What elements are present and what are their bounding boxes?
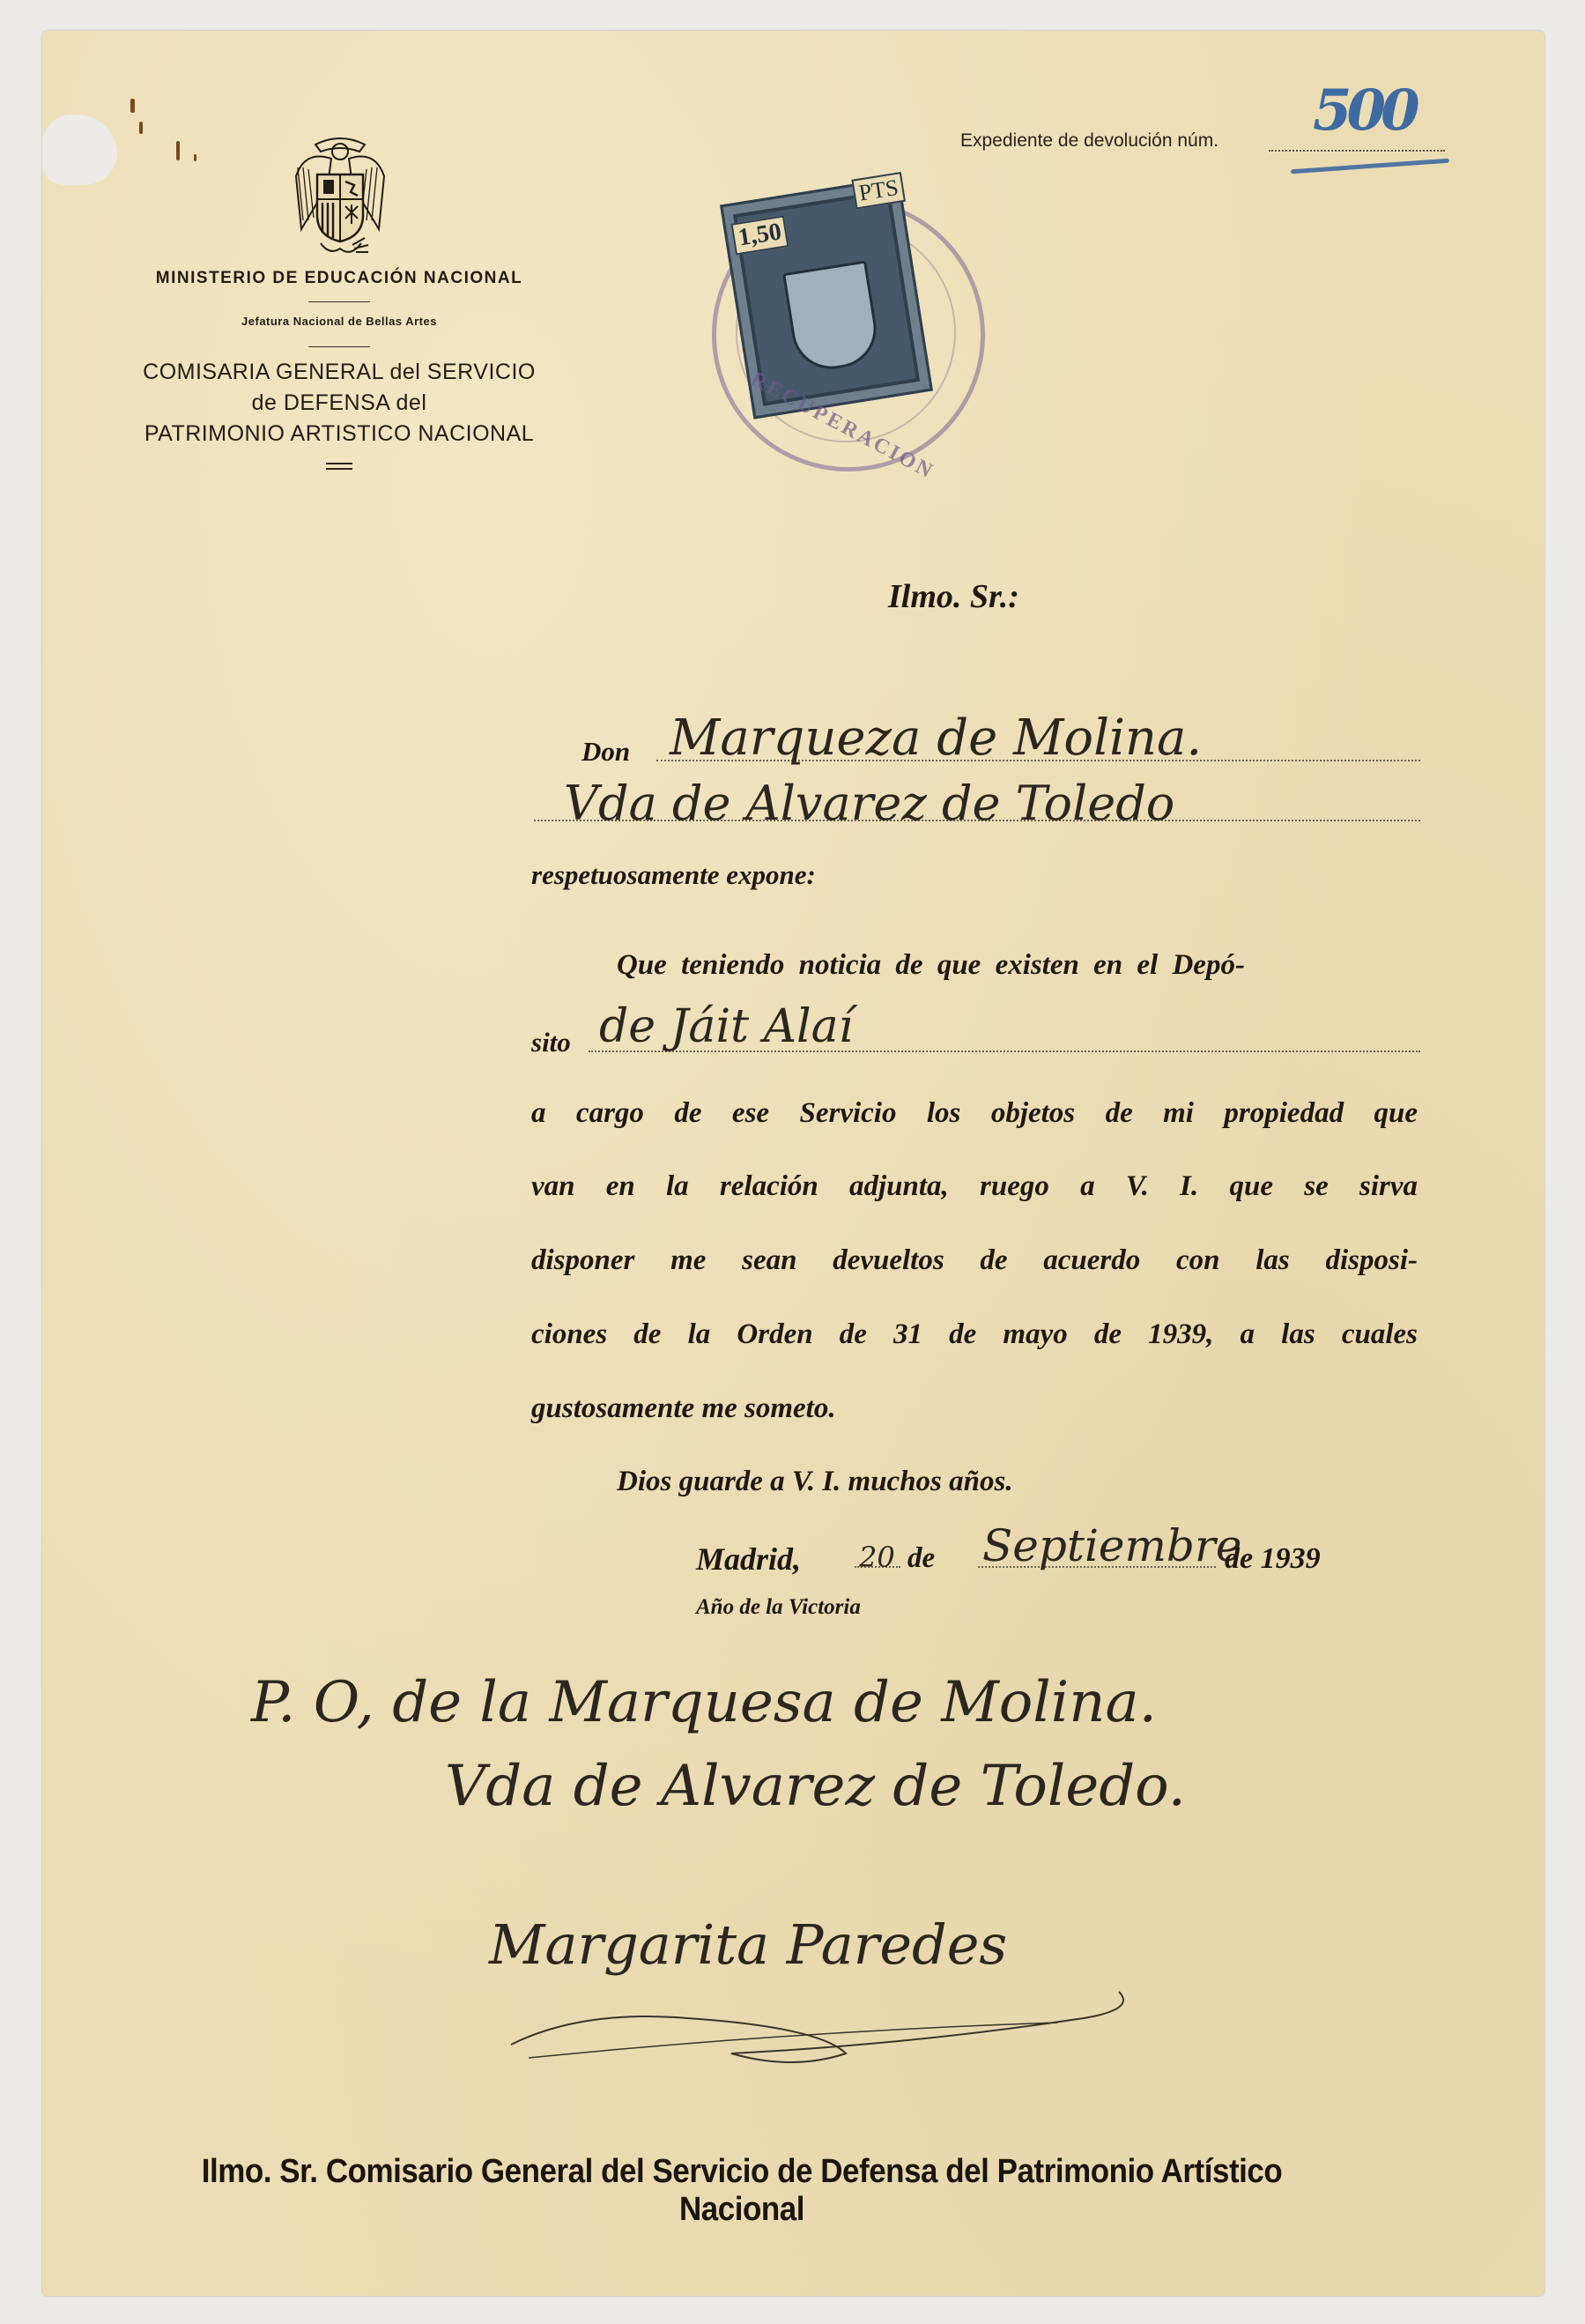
don-label: Don xyxy=(581,736,630,768)
paragraph-line-4: disponer me sean devueltos de acuerdo co… xyxy=(531,1244,1418,1277)
coat-of-arms-eagle-icon xyxy=(289,132,391,263)
commission-line-2: de DEFENSA del xyxy=(132,388,546,419)
applicant-title-handwritten: Vda de Alvarez de Toledo xyxy=(564,776,1174,831)
date-de: de xyxy=(907,1542,935,1575)
signature-flourish-icon xyxy=(493,1974,1163,2071)
signature-handwritten: Margarita Paredes xyxy=(489,1912,1007,1977)
closing-formula: Dios guarde a V. I. muchos años. xyxy=(617,1466,1013,1498)
stamp-currency: PTS xyxy=(852,172,906,209)
paragraph-line-5: ciones de la Orden de 31 de mayo de 1939… xyxy=(531,1318,1418,1351)
sito-label: sito xyxy=(531,1027,571,1058)
commission-line-1: COMISARIA GENERAL del SERVICIO xyxy=(132,357,546,388)
deposit-name-handwritten: de Jáit Alaí xyxy=(599,1000,853,1053)
department-name: Jefatura Nacional de Bellas Artes xyxy=(132,315,546,328)
signature-line-1-handwritten: P. O, de la Marquesa de Molina. xyxy=(251,1670,1157,1735)
file-number-label: Expediente de devolución núm. xyxy=(960,130,1218,152)
paragraph-line-2: a cargo de ese Servicio los objetos de m… xyxy=(531,1097,1418,1130)
paragraph-line-6: gustosamente me someto. xyxy=(531,1392,836,1425)
foxing-spot xyxy=(139,122,143,134)
addressee-footer: Ilmo. Sr. Comisario General del Servicio… xyxy=(154,2153,1329,2229)
place: Madrid, xyxy=(696,1541,801,1578)
signature-line-2-handwritten: Vda de Alvarez de Toledo. xyxy=(445,1754,1186,1819)
year: de 1939 xyxy=(1225,1542,1321,1576)
divider xyxy=(308,346,370,347)
stamp-shield-icon xyxy=(782,260,882,375)
paragraph-line-1: Que teniendo noticia de que existen en e… xyxy=(617,949,1245,982)
foxing-spot xyxy=(130,99,135,113)
expone-text: respetuosamente expone: xyxy=(531,859,816,891)
stamp-value: 1,50 xyxy=(731,215,789,255)
paragraph-line-3: van en la relación adjunta, ruego a V. I… xyxy=(531,1170,1418,1203)
month-handwritten: Septiembre xyxy=(982,1520,1241,1571)
day-handwritten: 20 xyxy=(859,1541,895,1574)
double-rule xyxy=(326,463,352,464)
motto: Año de la Victoria xyxy=(696,1595,861,1620)
foxing-spot xyxy=(176,141,180,160)
foxing-spot xyxy=(194,154,196,161)
commission-name: COMISARIA GENERAL del SERVICIO de DEFENS… xyxy=(132,357,546,449)
file-number: 500 xyxy=(1313,78,1415,144)
commission-line-3: PATRIMONIO ARTISTICO NACIONAL xyxy=(132,419,546,449)
double-rule xyxy=(326,468,352,470)
ministry-name: MINISTERIO DE EDUCACIÓN NACIONAL xyxy=(132,269,546,288)
divider xyxy=(308,301,370,302)
file-number-dotted-line xyxy=(1269,150,1445,152)
salutation: Ilmo. Sr.: xyxy=(888,577,1019,616)
applicant-name-handwritten: Marqueza de Molina. xyxy=(670,709,1202,767)
